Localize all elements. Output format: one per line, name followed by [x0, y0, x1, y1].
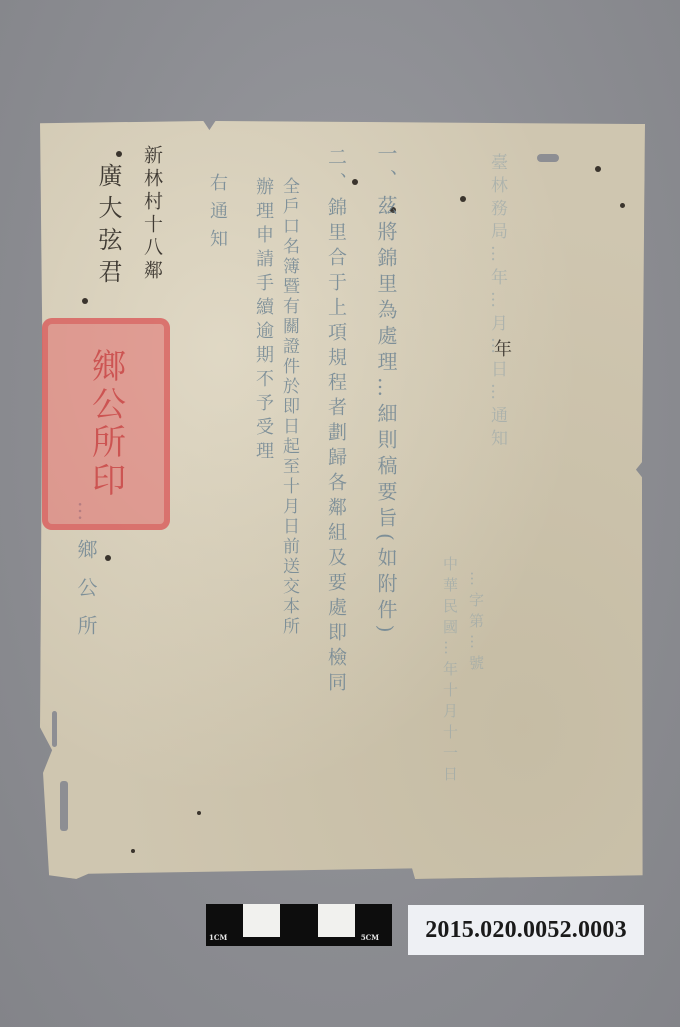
scale-segment-white [243, 904, 280, 937]
paper-tear [537, 154, 559, 162]
paper-hole [82, 298, 88, 304]
paper-hole [595, 166, 601, 172]
paper-hole [460, 196, 466, 202]
paper-tear [52, 711, 57, 747]
text-year-char: 年 [492, 339, 510, 363]
text-column-closing: 右通知 [208, 173, 226, 257]
text-column-reference: …字第…號 [468, 571, 483, 676]
scale-label-5cm: 5CM [361, 933, 379, 942]
scale-segment-white [318, 904, 355, 937]
text-column-item-1: 一、茲將錦里為處理…細則稿要旨(如附件) [376, 143, 396, 639]
red-seal-stamp: 鄉公所印 [42, 318, 170, 530]
paper-hole [105, 555, 111, 561]
text-column-item-2: 二、錦里合于上項規程者劃歸各鄰組及要處即檢同 [326, 147, 345, 697]
text-column-date: 中華民國…年十月十一日 [442, 556, 457, 787]
text-column-village: 新林村十八鄰 [142, 145, 161, 283]
scale-bar: 1CM 5CM [206, 904, 392, 946]
text-column-header: 臺林務局…年…月…日…通知 [488, 153, 505, 573]
scale-segment-black: 1CM [206, 904, 243, 946]
scale-segment-black [280, 904, 317, 946]
paper-hole [131, 849, 135, 853]
scale-label-1cm: 1CM [209, 933, 227, 942]
paper-hole [620, 203, 625, 208]
text-column-item-4: 辦理申請手續逾期不予受理 [254, 177, 272, 465]
catalog-number-label: 2015.020.0052.0003 [408, 905, 644, 955]
paper-hole [352, 179, 358, 185]
scale-segment-black: 5CM [355, 904, 392, 946]
paper-hole [116, 151, 122, 157]
text-column-item-3: 全戶口名簿暨有關證件於即日起至十月日前送交本所 [280, 177, 297, 637]
text-column-addressee: 廣大弦君 [96, 163, 120, 291]
paper-hole [197, 811, 201, 815]
paper-tear [60, 781, 68, 831]
